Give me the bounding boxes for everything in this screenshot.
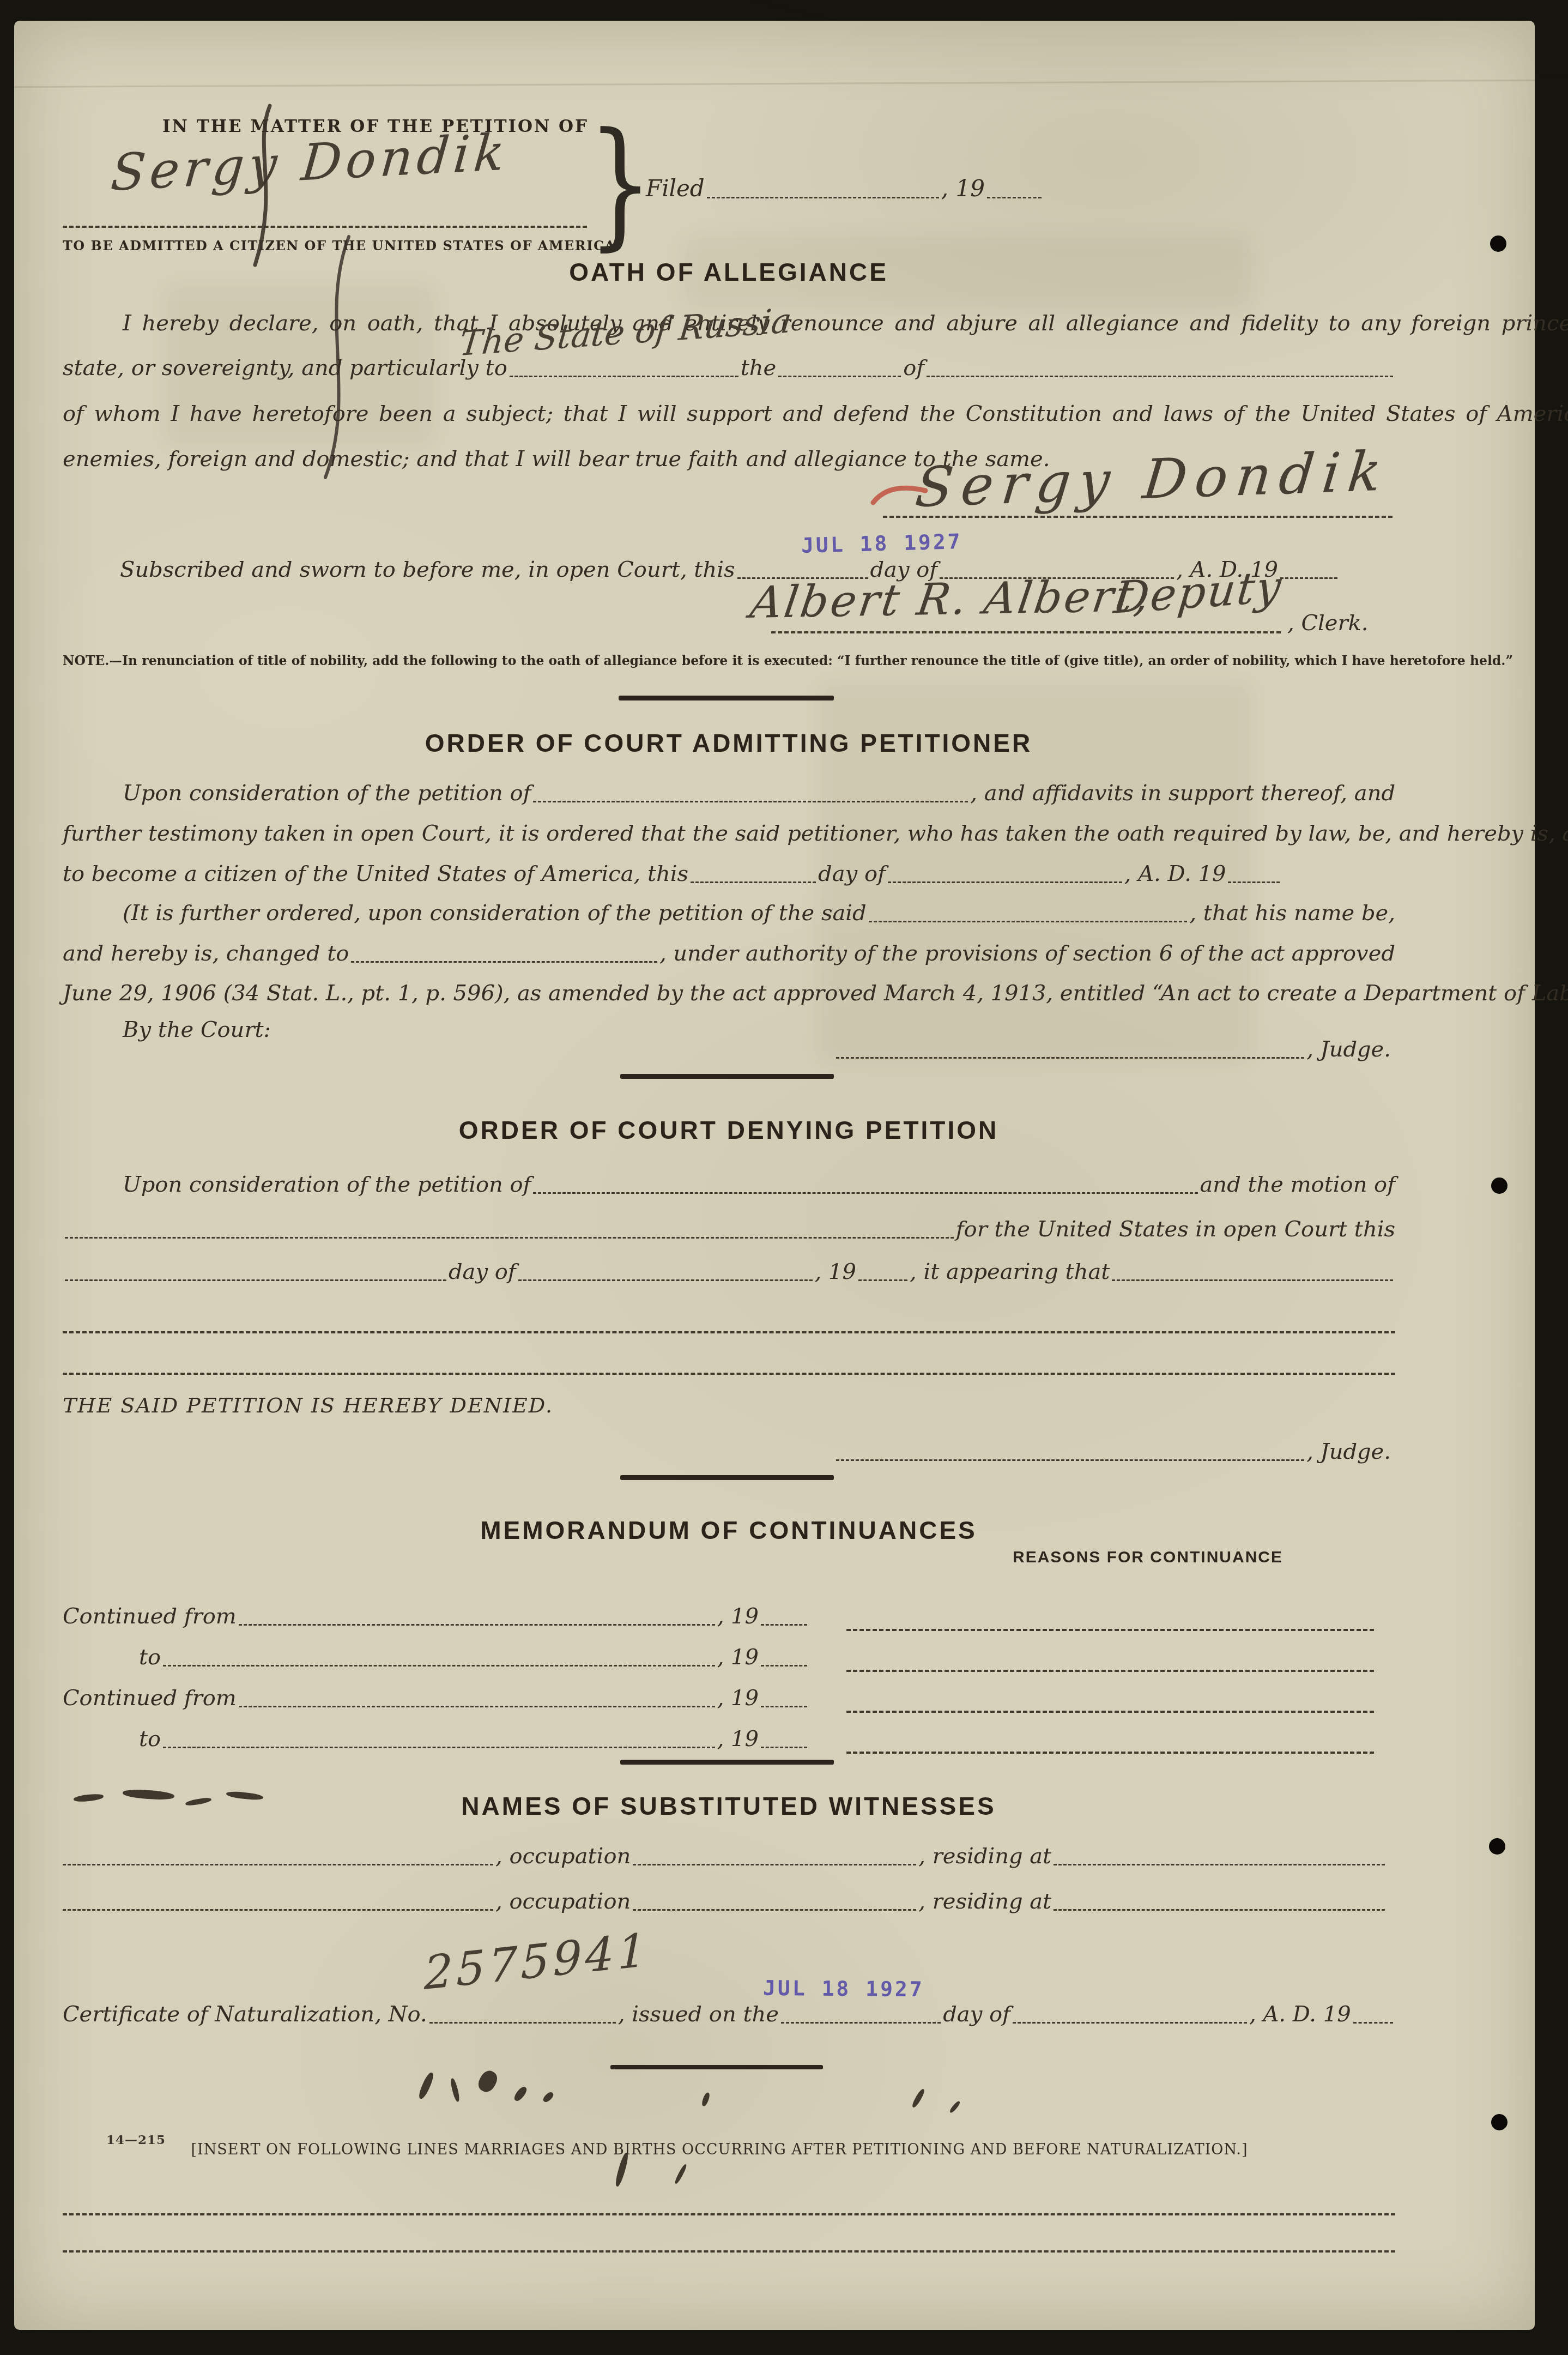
denying-line-3: day of , 19 , it appearing that <box>63 1259 1395 1284</box>
denying-day-blank <box>65 1278 446 1281</box>
petitioner-name-handwritten: Sergy Dondik <box>109 127 511 198</box>
ink-smudge <box>450 2078 461 2102</box>
sworn-year-blank <box>1280 576 1337 579</box>
oath-line-1: I hereby declare, on oath, that I absolu… <box>123 311 1568 336</box>
oath-line2-prefix: state, or sovereignty, and particularly … <box>63 355 507 381</box>
continuance-year-blank <box>761 1623 807 1626</box>
denying-day-of: day of <box>449 1259 516 1284</box>
ink-smudge <box>185 1797 211 1807</box>
new-name-blank <box>351 960 657 963</box>
scanned-document: IN THE MATTER OF THE PETITION OF Sergy D… <box>0 0 1568 2355</box>
ink-smudge <box>911 2088 926 2109</box>
denying-blank-line <box>63 1372 1395 1375</box>
denying-year-blank <box>858 1278 907 1281</box>
admit-month-blank <box>888 880 1122 883</box>
ink-smudge <box>542 2091 555 2104</box>
continuance-year: , 19 <box>717 1645 759 1670</box>
continuance-label: Continued from <box>63 1686 237 1711</box>
reason-blank-line <box>846 1710 1374 1713</box>
oath-line-4: enemies, foreign and domestic; and that … <box>63 446 1050 472</box>
clerk-label: , Clerk. <box>1287 611 1369 636</box>
denying-line-2: for the United States in open Court this <box>63 1217 1395 1242</box>
admitting-judge-row: , Judge. <box>834 1037 1391 1062</box>
admitting-ad19: , A. D. 19 <box>1124 861 1226 886</box>
section-divider <box>620 1760 834 1765</box>
denying-line3-suffix: , it appearing that <box>910 1259 1110 1284</box>
ink-smudge <box>74 1793 104 1803</box>
admitting-line-6: June 29, 1906 (34 Stat. L., pt. 1, p. 59… <box>63 981 1568 1006</box>
ink-smudge <box>701 2092 711 2107</box>
denying-judge-row: , Judge. <box>834 1439 1391 1464</box>
sovereignty-blank-3 <box>927 375 1393 377</box>
punch-hole <box>1490 235 1506 252</box>
by-the-court-label: By the Court: <box>123 1017 271 1042</box>
continuance-year: , 19 <box>717 1686 759 1711</box>
punch-hole <box>1491 1177 1508 1194</box>
continuance-date-blank <box>239 1623 715 1626</box>
admitting-day-of: day of <box>818 861 886 886</box>
judge-signature-blank <box>836 1458 1304 1461</box>
brace-glyph: } <box>588 116 653 253</box>
continuance-label: Continued from <box>63 1604 237 1629</box>
admitting-line3-prefix: to become a citizen of the United States… <box>63 861 688 886</box>
judge-label: , Judge. <box>1306 1037 1391 1062</box>
denying-reason-blank <box>1112 1278 1393 1281</box>
admitting-line-4: (It is further ordered, upon considerati… <box>123 901 1395 926</box>
admitting-line-5: and hereby is, changed to , under author… <box>63 941 1395 966</box>
sovereignty-blank-2 <box>778 375 901 377</box>
continuance-row: to , 19 <box>63 1645 809 1670</box>
admitting-line-2: further testimony taken in open Court, i… <box>63 821 1568 846</box>
occupation-blank <box>633 1908 916 1911</box>
residing-label: , residing at <box>918 1844 1051 1869</box>
sworn-prefix: Subscribed and sworn to before me, in op… <box>120 557 735 582</box>
reason-blank-line <box>846 1750 1374 1754</box>
witness-row: , occupation , residing at <box>63 1844 1387 1869</box>
admitting-heading: ORDER OF COURT ADMITTING PETITIONER <box>425 728 1033 758</box>
filed-label: Filed <box>646 176 705 202</box>
footer-blank-line <box>63 2212 1395 2215</box>
clerk-title-handwritten: Deputy <box>1112 565 1285 620</box>
continuance-label: to <box>139 1645 161 1670</box>
filed-year-blank <box>987 196 1042 198</box>
admitting-line5-prefix: and hereby is, changed to <box>63 941 349 966</box>
continuance-row: to , 19 <box>63 1726 809 1752</box>
certificate-ad19: , A. D. 19 <box>1249 2002 1351 2027</box>
residence-blank <box>1054 1863 1385 1865</box>
continuance-row: Continued from , 19 <box>63 1686 809 1711</box>
clerk-signature-line <box>771 630 1281 633</box>
certificate-row: Certificate of Naturalization, No. , iss… <box>63 2002 1395 2027</box>
form-number: 14—215 <box>106 2133 166 2147</box>
oath-line-2: state, or sovereignty, and particularly … <box>63 355 1395 381</box>
footer-blank-line <box>63 2249 1395 2253</box>
continuance-year-blank <box>761 1705 807 1707</box>
occupation-label: , occupation <box>495 1889 631 1914</box>
petition-name-blank <box>533 800 968 802</box>
denying-line1-prefix: Upon consideration of the petition of <box>123 1172 531 1197</box>
denying-blank-line <box>63 1330 1395 1333</box>
ink-smudge <box>512 2085 529 2103</box>
punch-hole <box>1489 1838 1505 1855</box>
reason-blank-line <box>846 1669 1374 1672</box>
denying-line1-suffix: and the motion of <box>1200 1172 1395 1197</box>
oath-signature-line <box>883 515 1393 518</box>
reasons-heading: REASONS FOR CONTINUANCE <box>1013 1548 1283 1567</box>
continuance-date-blank <box>163 1664 715 1666</box>
ink-smudge <box>226 1790 264 1801</box>
residence-blank <box>1054 1908 1385 1911</box>
admit-day-blank <box>691 880 816 883</box>
ink-smudge <box>674 2163 688 2184</box>
continuance-year-blank <box>761 1664 807 1666</box>
admitting-line1-prefix: Upon consideration of the petition of <box>123 781 531 806</box>
denying-petition-blank <box>533 1191 1197 1194</box>
witnesses-heading: NAMES OF SUBSTITUTED WITNESSES <box>461 1791 996 1821</box>
continuance-row: Continued from , 19 <box>63 1604 809 1629</box>
denying-month-blank <box>518 1278 813 1281</box>
admit-year-blank <box>1228 880 1280 883</box>
continuances-heading: MEMORANDUM OF CONTINUANCES <box>480 1515 977 1545</box>
oath-line-3: of whom I have heretofore been a subject… <box>63 401 1568 426</box>
clerk-signature-handwritten: Albert R. Albert, <box>748 574 1154 625</box>
petitioner-name-line <box>63 225 587 228</box>
judge-label: , Judge. <box>1306 1439 1391 1464</box>
denying-motion-blank <box>65 1236 954 1239</box>
certificate-day-of: day of <box>943 2002 1010 2027</box>
filed-row: Filed , 19 <box>646 176 1044 202</box>
witness-name-blank <box>63 1908 493 1911</box>
witness-name-blank <box>63 1863 493 1865</box>
oath-signature-handwritten: Sergy Dondik <box>913 444 1392 515</box>
continuance-year: , 19 <box>717 1604 759 1629</box>
certificate-prefix: Certificate of Naturalization, No. <box>63 2002 427 2027</box>
continuance-year: , 19 <box>717 1726 759 1752</box>
admitting-line-1: Upon consideration of the petition of , … <box>123 781 1395 806</box>
judge-signature-blank <box>836 1056 1304 1059</box>
nobility-note: NOTE.—In renunciation of title of nobili… <box>63 653 1513 668</box>
filed-year-label: , 19 <box>941 176 985 202</box>
oath-heading: OATH OF ALLEGIANCE <box>569 257 888 287</box>
continuance-year-blank <box>761 1746 807 1748</box>
denying-year19: , 19 <box>815 1259 856 1284</box>
occupation-label: , occupation <box>495 1844 631 1869</box>
denying-line-1: Upon consideration of the petition of an… <box>123 1172 1395 1197</box>
admitting-line4-prefix: (It is further ordered, upon considerati… <box>123 901 867 926</box>
continuance-date-blank <box>163 1746 715 1748</box>
denying-heading: ORDER OF COURT DENYING PETITION <box>459 1115 998 1145</box>
ink-smudge <box>949 2100 961 2114</box>
admitting-line5-suffix: , under authority of the provisions of s… <box>659 941 1395 966</box>
oath-line2-of: of <box>903 355 924 381</box>
residing-label: , residing at <box>918 1889 1051 1914</box>
reason-blank-line <box>846 1628 1374 1631</box>
certificate-date-blank <box>781 2021 941 2024</box>
punch-hole <box>1491 2114 1508 2130</box>
continuance-label: to <box>139 1726 161 1752</box>
filed-date-blank <box>707 196 939 198</box>
denying-line2-suffix: for the United States in open Court this <box>956 1217 1395 1242</box>
ink-smudge <box>475 2068 500 2095</box>
sovereignty-blank <box>510 375 738 377</box>
section-divider <box>619 696 834 701</box>
section-divider <box>620 1074 834 1079</box>
ink-smudge <box>123 1789 175 1801</box>
section-divider <box>610 2065 823 2069</box>
admitting-line4-suffix: , that his name be, <box>1189 901 1395 926</box>
certificate-number-handwritten: 2575941 <box>424 1927 650 1996</box>
date-stamp: JUL 18 1927 <box>763 1976 924 2002</box>
petition-denied-label: THE SAID PETITION IS HEREBY DENIED. <box>63 1393 553 1417</box>
certificate-number-blank <box>429 2021 616 2024</box>
admitting-line-3: to become a citizen of the United States… <box>63 861 1282 886</box>
witness-row: , occupation , residing at <box>63 1889 1387 1914</box>
oath-line2-the: the <box>741 355 777 381</box>
name-change-blank <box>869 920 1188 922</box>
continuance-date-blank <box>239 1705 715 1707</box>
certificate-month-blank <box>1013 2021 1247 2024</box>
certificate-issued-label: , issued on the <box>618 2002 779 2027</box>
section-divider <box>620 1475 834 1480</box>
certificate-year-blank <box>1353 2021 1393 2024</box>
admitting-line1-suffix: , and affidavits in support thereof, and <box>970 781 1395 806</box>
date-stamp: JUL 18 1927 <box>801 529 962 558</box>
ink-smudge <box>417 2071 435 2100</box>
occupation-blank <box>633 1863 916 1865</box>
insert-note: [INSERT ON FOLLOWING LINES MARRIAGES AND… <box>191 2141 1248 2158</box>
pen-stroke <box>229 104 300 267</box>
